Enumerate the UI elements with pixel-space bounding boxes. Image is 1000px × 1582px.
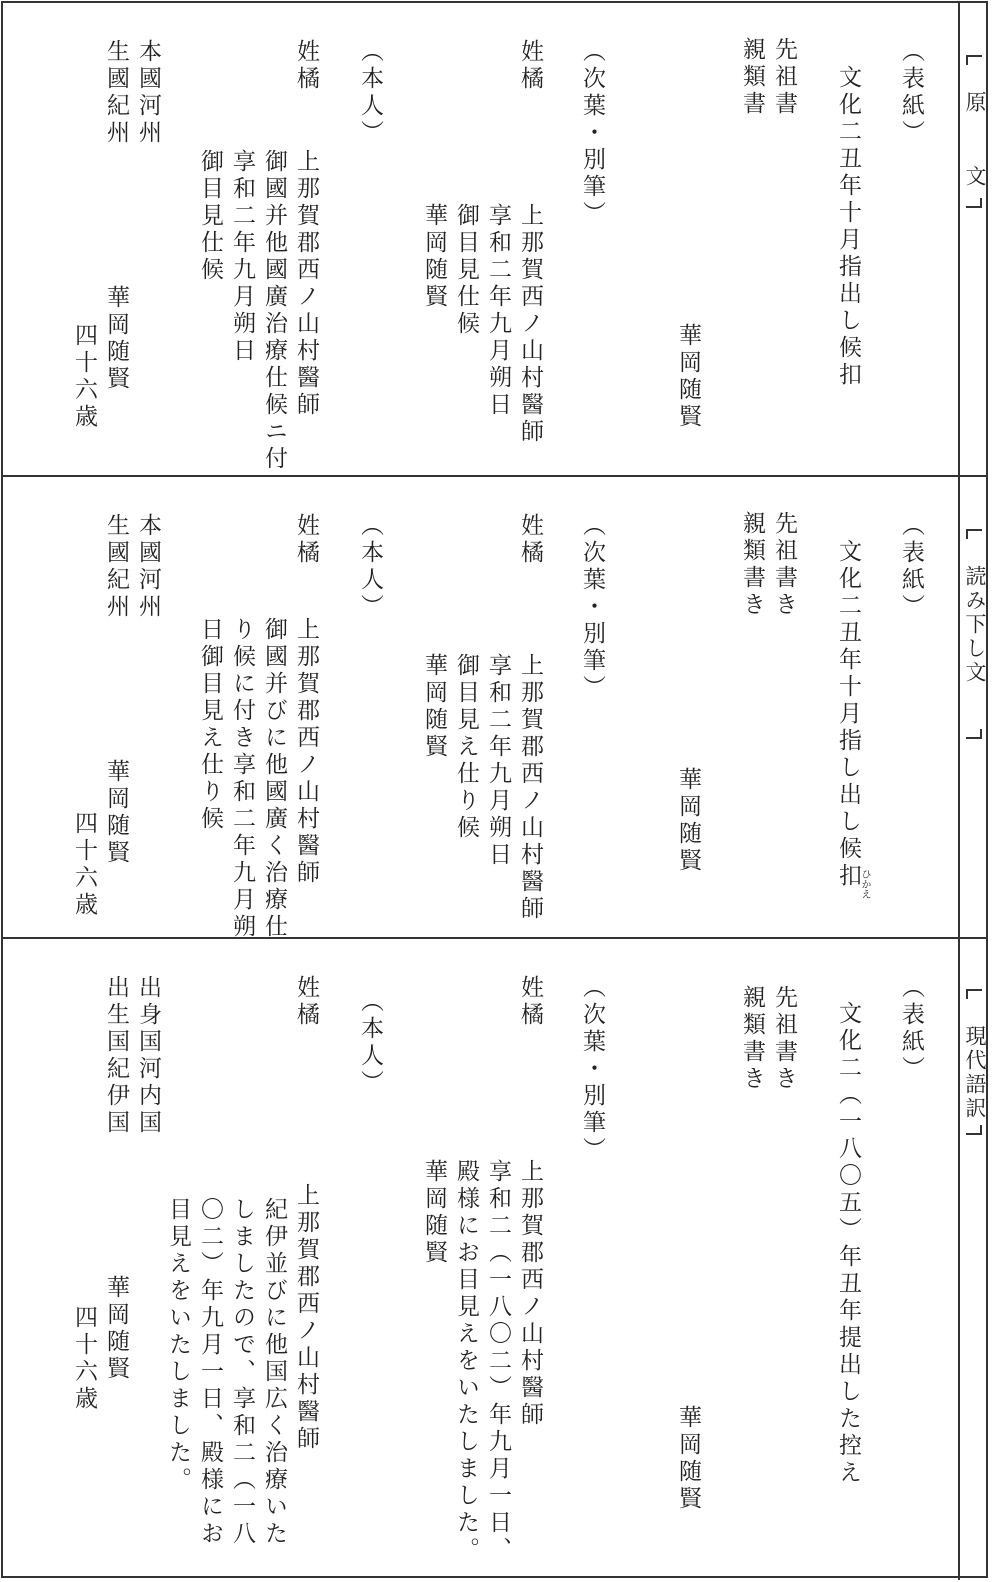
- cover-note: （表紙）: [896, 39, 926, 147]
- origin-home: 本國河州: [133, 39, 163, 147]
- author-name: 華岡随賢: [673, 767, 703, 875]
- bracket-open-icon: [966, 529, 982, 539]
- bracket-close-icon: [966, 729, 982, 739]
- self-line: 〇二）年九月一日、殿様にお: [195, 1197, 225, 1548]
- self-line: 上那賀郡西ノ山村醫師: [291, 1183, 321, 1453]
- self-note: （本人）: [355, 513, 385, 621]
- next-page-note: （次葉・別筆）: [577, 513, 607, 702]
- title-ancestry: 先祖書: [769, 37, 799, 118]
- entry-line: 御目見仕候: [451, 203, 481, 338]
- self-line: 日御目見え仕り候: [195, 617, 225, 833]
- bracket-open-icon: [966, 55, 982, 65]
- bracket-close-icon: [966, 1125, 982, 1135]
- cover-date: 文化二（一八〇五）年丑年提出した控え: [833, 1001, 863, 1487]
- self-line: しましたので、享和二（一八: [227, 1197, 257, 1548]
- age: 四十六歳: [69, 323, 99, 431]
- section-label-column: 原 文: [958, 3, 988, 475]
- section-label: 読み下し文: [964, 565, 986, 685]
- section-label-column: 読み下し文: [958, 477, 988, 937]
- origin-birth: 出生国紀伊国: [101, 975, 131, 1137]
- surname: 姓橘: [515, 975, 545, 1029]
- section-label-column: 現代語訳: [958, 939, 988, 1580]
- section-label: 原 文: [964, 91, 986, 202]
- next-page-note: （次葉・別筆）: [577, 975, 607, 1164]
- section-reading: 読み下し文 （表紙） 文化二丑年十月指し出し候扣 ひかえ 先祖書き 親類書き 華…: [3, 477, 988, 939]
- entry-line: 享和二（一八〇二）年九月一日、: [483, 1159, 513, 1564]
- title-relatives: 親類書き: [737, 511, 767, 619]
- section-original: 原 文 （表紙） 文化二丑年十月指出し候扣 先祖書 親類書 華岡随賢 （次葉・別…: [3, 3, 988, 477]
- self-surname: 姓橘: [291, 975, 321, 1029]
- self-line: り候に付き享和二年九月朔: [227, 617, 257, 941]
- entry-signature: 華岡随賢: [419, 653, 449, 761]
- self-note: （本人）: [355, 989, 385, 1097]
- self-line: 目見えをいたしました。: [163, 1197, 193, 1494]
- entry-line: 享和二年九月朔日: [483, 653, 513, 869]
- surname: 姓橘: [515, 39, 545, 93]
- age: 四十六歳: [69, 811, 99, 919]
- self-line: 御目見仕候: [195, 149, 225, 284]
- self-line: 享和二年九月朔日: [227, 149, 257, 365]
- origin-home: 出身国河内国: [133, 975, 163, 1137]
- self-line: 御國并びに他國廣く治療仕: [259, 617, 289, 941]
- self-surname: 姓橘: [291, 513, 321, 567]
- signature: 華岡随賢: [101, 1275, 131, 1383]
- title-ancestry: 先祖書き: [769, 511, 799, 619]
- self-note: （本人）: [355, 39, 385, 147]
- author-name: 華岡随賢: [673, 323, 703, 431]
- document-frame: 原 文 （表紙） 文化二丑年十月指出し候扣 先祖書 親類書 華岡随賢 （次葉・別…: [1, 1, 988, 1578]
- entry-line: 殿様にお目見えをいたしました。: [451, 1159, 481, 1564]
- self-surname: 姓橘: [291, 39, 321, 93]
- section-label: 現代語訳: [964, 1025, 986, 1121]
- self-line: 上那賀郡西ノ山村醫師: [291, 149, 321, 419]
- section-modern: 現代語訳 （表紙） 文化二（一八〇五）年丑年提出した控え 先祖書き 親類書き 華…: [3, 939, 988, 1580]
- cover-date: 文化二丑年十月指し出し候扣: [833, 539, 863, 890]
- furigana: ひかえ: [859, 869, 869, 899]
- cover-date: 文化二丑年十月指出し候扣: [833, 65, 863, 389]
- surname: 姓橘: [515, 513, 545, 567]
- entry-signature: 華岡随賢: [419, 1159, 449, 1267]
- signature: 華岡随賢: [101, 759, 131, 867]
- title-relatives: 親類書: [737, 37, 767, 118]
- entry-line: 享和二年九月朔日: [483, 203, 513, 419]
- entry-line: 御目見え仕り候: [451, 653, 481, 842]
- self-line: 紀伊並びに他国広く治療いた: [259, 1197, 289, 1548]
- bracket-open-icon: [966, 989, 982, 999]
- self-line: 御國并他國廣治療仕候ニ付: [259, 149, 289, 473]
- cover-note: （表紙）: [896, 975, 926, 1083]
- origin-birth: 生國紀州: [101, 513, 131, 621]
- signature: 華岡随賢: [101, 285, 131, 393]
- entry-line: 上那賀郡西ノ山村醫師: [515, 1159, 545, 1429]
- entry-line: 上那賀郡西ノ山村醫師: [515, 653, 545, 923]
- origin-birth: 生國紀州: [101, 39, 131, 147]
- self-line: 上那賀郡西ノ山村醫師: [291, 617, 321, 887]
- bracket-close-icon: [966, 198, 982, 208]
- entry-line: 上那賀西ノ山村醫師: [515, 203, 545, 446]
- age: 四十六歳: [69, 1305, 99, 1413]
- title-ancestry: 先祖書き: [769, 985, 799, 1093]
- origin-home: 本國河州: [133, 513, 163, 621]
- entry-signature: 華岡随賢: [419, 203, 449, 311]
- author-name: 華岡随賢: [673, 1405, 703, 1513]
- next-page-note: （次葉・別筆）: [577, 39, 607, 228]
- cover-note: （表紙）: [896, 513, 926, 621]
- title-relatives: 親類書き: [737, 985, 767, 1093]
